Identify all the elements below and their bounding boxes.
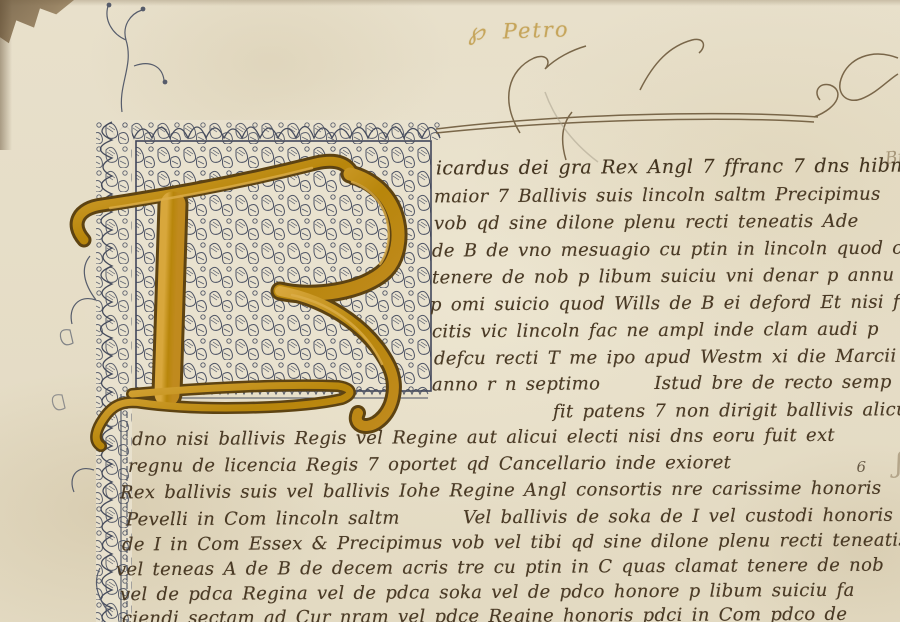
text-line-16: vel teneas A de B de decem acris tre cu … <box>116 555 884 581</box>
page-edge-shading <box>0 0 12 150</box>
margin-mark-upper-right: Br <box>884 147 900 169</box>
text-line-4: de B de vno mesuagio cu ptin in lincoln … <box>432 237 900 261</box>
text-line-10: fit patens 7 non dirigit ballivis alicui… <box>553 399 900 423</box>
text-line-6: p omi suicio quod Wills de B ei deford E… <box>430 292 900 316</box>
initial-letter-gold-R <box>77 161 398 446</box>
text-line-3: vob qd sine dilone plenu recti teneatis … <box>434 211 859 235</box>
text-line-7: citis vic lincoln fac ne ampl inde clam … <box>432 319 879 343</box>
text-line-12: regnu de licencia Regis 7 oportet qd Can… <box>128 452 731 477</box>
text-line-15: de I in Com Essex & Precipimus vob vel t… <box>122 530 900 556</box>
text-line-1: icardus dei gra Rex Angl 7 ffranc 7 dns … <box>436 155 900 180</box>
leaf-border-top <box>98 120 440 140</box>
text-line-17: vel de pdca Regina vel de pdca soka vel … <box>120 580 855 605</box>
margin-mark-six: 6 <box>856 458 866 476</box>
margin-mark-hook: ʃ <box>895 446 900 479</box>
manuscript-page: ℘Petro <box>0 0 900 622</box>
pen-flourishes <box>436 39 898 162</box>
text-line-13: Rex ballivis suis vel ballivis Iohe Regi… <box>120 478 882 504</box>
text-line-11: dno nisi ballivis Regis vel Regine aut a… <box>132 425 835 450</box>
text-line-8: defcu recti T me ipo apud Westm xi die M… <box>434 346 897 370</box>
text-line-9: anno r n septimo Istud bre de recto semp <box>432 372 892 396</box>
page-top-edge <box>0 0 900 6</box>
text-line-14: Pevelli in Com lincoln saltm Vel ballivi… <box>126 505 893 531</box>
running-header-title: Petro <box>502 17 570 43</box>
text-line-5: tenere de nob p libum suiciu vni denar p… <box>432 265 895 289</box>
text-line-18: ciendi sectam ad Cur nram vel pdce Regin… <box>122 604 847 622</box>
text-line-2: maior 7 Ballivis suis lincoln saltm Prec… <box>434 184 881 208</box>
paraph-mark-icon: ℘ <box>468 17 488 46</box>
running-header: ℘Petro <box>468 14 570 46</box>
